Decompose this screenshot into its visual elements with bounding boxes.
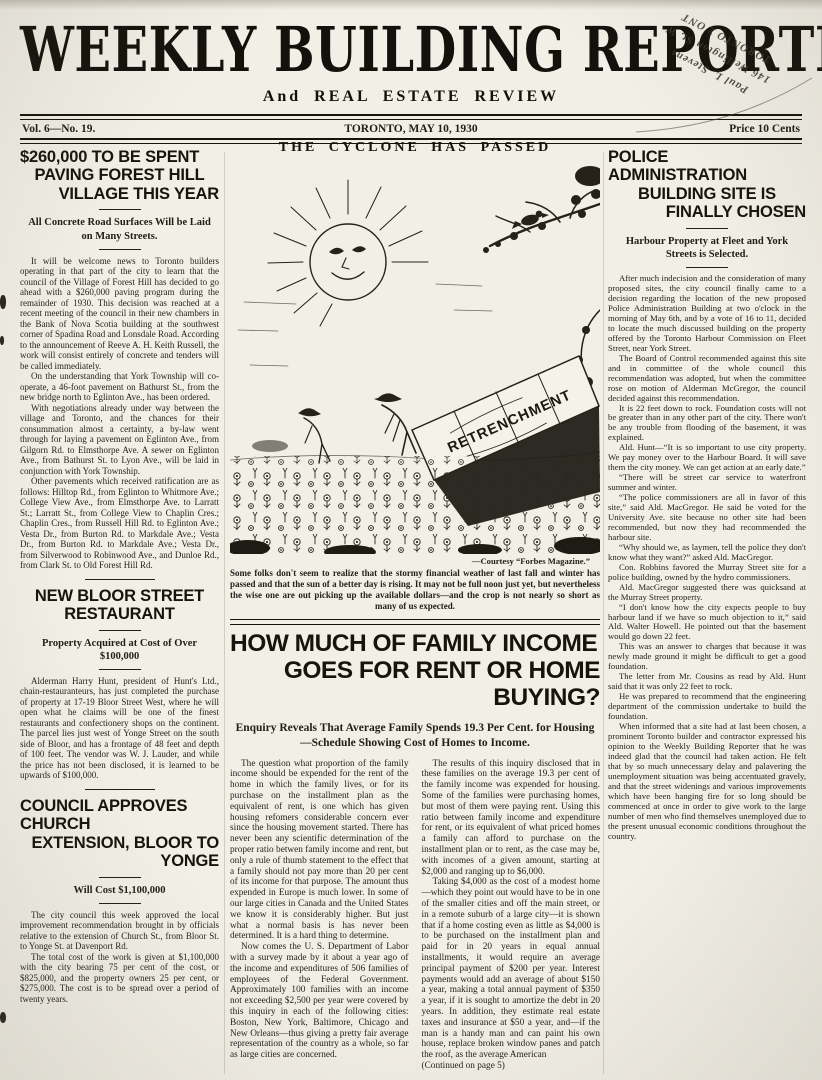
church-subhead: Will Cost $1,100,000	[26, 884, 213, 897]
divider	[686, 228, 728, 229]
continued-notice: (Continued on page 5)	[422, 1061, 601, 1072]
divider	[99, 249, 141, 250]
paragraph: “There will be street car service to wat…	[608, 473, 806, 493]
paragraph: Alderman Harry Hunt, president of Hunt's…	[20, 676, 219, 781]
paragraph: On the understanding that York Township …	[20, 371, 219, 403]
divider	[686, 267, 728, 268]
feature-body-left: The question what proportion of the fami…	[230, 759, 409, 1072]
second-figure	[298, 408, 330, 463]
feature-body-right: The results of this inquiry disclosed th…	[422, 759, 601, 1072]
paving-article-body: It will be welcome news to Toronto build…	[20, 256, 219, 571]
paragraph: The city council this week approved the …	[20, 910, 219, 952]
church-article-body: The city council this week approved the …	[20, 910, 219, 1005]
paragraph: This was an answer to charges that becau…	[608, 642, 806, 672]
newspaper-page: WEEKLY BUILDING REPORTER And REAL ESTATE…	[0, 0, 822, 1080]
volume-number: Vol. 6—No. 19.	[22, 123, 192, 135]
paragraph: Con. Robbins favored the Murray Street s…	[608, 563, 806, 583]
paragraph: When informed that a site had at last be…	[608, 722, 806, 841]
paragraph: Taking $4,000 as the cost of a modest ho…	[422, 877, 601, 1061]
cartoon-credit: —Courtesy “Forbes Magazine.”	[230, 556, 600, 566]
center-column: THE CYCLONE HAS PASSED	[230, 140, 600, 1072]
paragraph: “The police commissioners are all in fav…	[608, 493, 806, 543]
police-headline: POLICE ADMINISTRATION BUILDING SITE IS F…	[608, 148, 806, 222]
paragraph: After much indecision and the considerat…	[608, 274, 806, 354]
divider	[99, 669, 141, 670]
police-article-body: After much indecision and the considerat…	[608, 274, 806, 841]
flower-field	[230, 440, 600, 554]
cartoon-title: THE CYCLONE HAS PASSED	[230, 140, 600, 156]
restaurant-article-body: Alderman Harry Hunt, president of Hunt's…	[20, 676, 219, 781]
paragraph: Now comes the U. S. Department of Labor …	[230, 942, 409, 1061]
divider	[99, 209, 141, 210]
divider	[99, 903, 141, 904]
paragraph: The question what proportion of the fami…	[230, 759, 409, 943]
cartoon-caption: Some folks don't seem to realize that th…	[230, 568, 600, 612]
left-column: $260,000 TO BE SPENT PAVING FOREST HILL …	[20, 148, 219, 1004]
cartoon-illustration: RETRENCHMENT	[230, 160, 600, 554]
paragraph: Ald. Hunt—“It is so important to use cit…	[608, 443, 806, 473]
restaurant-subhead: Property Acquired at Cost of Over $100,0…	[26, 637, 213, 663]
article-separator	[85, 789, 155, 790]
feature-headline: HOW MUCH OF FAMILY INCOME GOES FOR RENT …	[230, 631, 600, 712]
paragraph: It is 22 feet down to rock. Foundation c…	[608, 404, 806, 444]
restaurant-headline: NEW BLOOR STREET RESTAURANT	[20, 587, 219, 624]
article-separator	[85, 579, 155, 580]
paragraph: “Why should we, as laymen, tell the poli…	[608, 543, 806, 563]
paragraph: It will be welcome news to Toronto build…	[20, 256, 219, 372]
paragraph: The letter from Mr. Cousins as read by A…	[608, 672, 806, 692]
newspaper-subtitle: And REAL ESTATE REVIEW	[20, 88, 802, 106]
divider	[99, 630, 141, 631]
scan-artifact	[0, 336, 4, 345]
column-rule	[603, 152, 604, 1074]
feature-subhead: Enquiry Reveals That Average Family Spen…	[234, 721, 596, 751]
church-headline: COUNCIL APPROVES CHURCH EXTENSION, BLOOR…	[20, 797, 219, 871]
paragraph: Other pavements which received ratificat…	[20, 476, 219, 571]
city-dateline: TORONTO, MAY 10, 1930	[192, 123, 630, 135]
tree-branch	[483, 166, 600, 253]
paragraph: Ald. MacGregor suggested there was quick…	[608, 583, 806, 603]
column-rule	[224, 152, 225, 1074]
paving-subhead: All Concrete Road Surfaces Will be Laid …	[26, 216, 213, 242]
section-rule	[230, 619, 600, 625]
paragraph: The results of this inquiry disclosed th…	[422, 759, 601, 878]
man-figure	[374, 393, 416, 455]
feature-body: The question what proportion of the fami…	[230, 759, 600, 1072]
paragraph: The Board of Control recommended against…	[608, 354, 806, 404]
price-label: Price 10 Cents	[630, 123, 800, 135]
scan-edge-shading	[0, 0, 822, 10]
paragraph: “I don't know how the city expects peopl…	[608, 603, 806, 643]
police-subhead: Harbour Property at Fleet and York Stree…	[614, 235, 800, 261]
divider	[99, 877, 141, 878]
right-column: POLICE ADMINISTRATION BUILDING SITE IS F…	[608, 148, 806, 841]
dateline-row: Vol. 6—No. 19. TORONTO, MAY 10, 1930 Pri…	[20, 120, 802, 138]
scan-artifact	[0, 295, 6, 309]
paragraph: He was prepared to recommend that the en…	[608, 692, 806, 722]
paragraph: With negotiations already under way betw…	[20, 403, 219, 477]
paragraph: The total cost of the work is given at $…	[20, 952, 219, 1005]
scan-artifact	[0, 1012, 6, 1023]
paving-headline: $260,000 TO BE SPENT PAVING FOREST HILL …	[20, 148, 219, 203]
